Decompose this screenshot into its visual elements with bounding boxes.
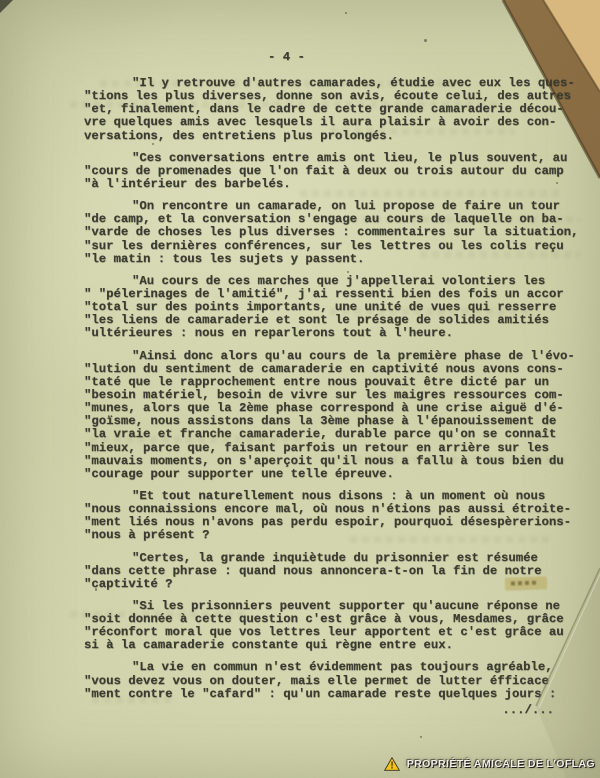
text-line: "ment contre le "cafard" : qu'un camarad… — [84, 688, 600, 701]
paragraph: "Au cours de ces marches que j'appellera… — [84, 275, 600, 341]
text-line: "le matin : tous les sujets y passent. — [84, 253, 600, 266]
text-line: "Certes, la grande inquiètude du prisonn… — [84, 552, 600, 565]
text-line: "la vraie et franche camaraderie, durabl… — [84, 428, 600, 441]
paragraph: "Si les prisonniers peuvent supporter qu… — [84, 600, 600, 653]
text-line: "cours de promenades que l'on fait à deu… — [84, 165, 600, 178]
paragraph: "Il y retrouve d'autres camarades, étudi… — [84, 77, 600, 143]
watermark-label: PROPRIÉTÉ AMICALE DE L'OFLAG — [407, 758, 595, 770]
watermark: ! PROPRIÉTÉ AMICALE DE L'OFLAG — [384, 757, 595, 771]
text-line: si à la camaraderie constante qui règne … — [84, 639, 600, 652]
continuation-mark: .../... — [84, 704, 600, 717]
text-line: "mieux, parce que, faisant parfois un re… — [84, 442, 600, 455]
text-line: "taté que le rapprochement entre nous po… — [84, 376, 600, 389]
ink-speck — [420, 736, 422, 738]
warning-exclamation-glyph: ! — [390, 761, 393, 771]
ink-speck — [556, 182, 558, 184]
ink-speck — [95, 588, 97, 591]
stamp-smudge — [505, 576, 547, 590]
paragraphs-container: "Il y retrouve d'autres camarades, étudi… — [84, 77, 600, 701]
text-line: "mauvais moments, on s'aperçoit qu'il no… — [84, 455, 600, 468]
paragraph: "La vie en commun n'est évidemment pas t… — [84, 661, 600, 700]
text-line: "vous devez vous on douter, mais elle pe… — [84, 675, 600, 688]
warning-triangle-icon: ! — [384, 757, 400, 771]
typewritten-text-block: "Il y retrouve d'autres camarades, étudi… — [84, 77, 600, 717]
paragraph: "Ces conversations entre amis ont lieu, … — [84, 152, 600, 191]
scanned-document-page: { "document": { "page_number": "- 4 -", … — [0, 0, 600, 778]
text-line: vre quelques amis avec lesquels il aura … — [84, 116, 600, 129]
page-number: - 4 - — [268, 51, 305, 64]
ink-speck — [564, 92, 566, 94]
text-line: "La vie en commun n'est évidemment pas t… — [84, 661, 600, 674]
text-line: "Au cours de ces marches que j'appellera… — [84, 275, 600, 288]
text-line: "varde de choses les plus diverses : com… — [84, 226, 600, 239]
ink-speck — [424, 39, 427, 42]
text-line: "Ainsi donc alors qu'au cours de la prem… — [84, 350, 600, 363]
paragraph: "On rencontre un camarade, on lui propos… — [84, 200, 600, 266]
text-line: "dans cette phrase : quand nous annoncer… — [84, 565, 600, 578]
ink-speck — [152, 143, 154, 145]
stamp-smudge-marks — [511, 581, 537, 586]
text-line: "ultérieures : nous en reparlerons tout … — [84, 327, 600, 340]
text-line: "nous à présent ? — [84, 529, 600, 542]
ink-speck — [347, 271, 349, 273]
text-line: "courage pour supporter une telle épreuv… — [84, 468, 600, 481]
text-line: "à l'intérieur des barbelés. — [84, 178, 600, 191]
text-line: "sur les dernières conférences, sur les … — [84, 240, 600, 253]
ink-speck — [345, 12, 347, 14]
paragraph: "Ainsi donc alors qu'au cours de la prem… — [84, 350, 600, 481]
text-line: versations, des entretiens plus prolongé… — [84, 130, 600, 143]
text-line: "lution du sentiment de camaraderie en c… — [84, 363, 600, 376]
text-line: "Ces conversations entre amis ont lieu, … — [84, 152, 600, 165]
paragraph: "Et tout naturellement nous disons : à u… — [84, 490, 600, 543]
